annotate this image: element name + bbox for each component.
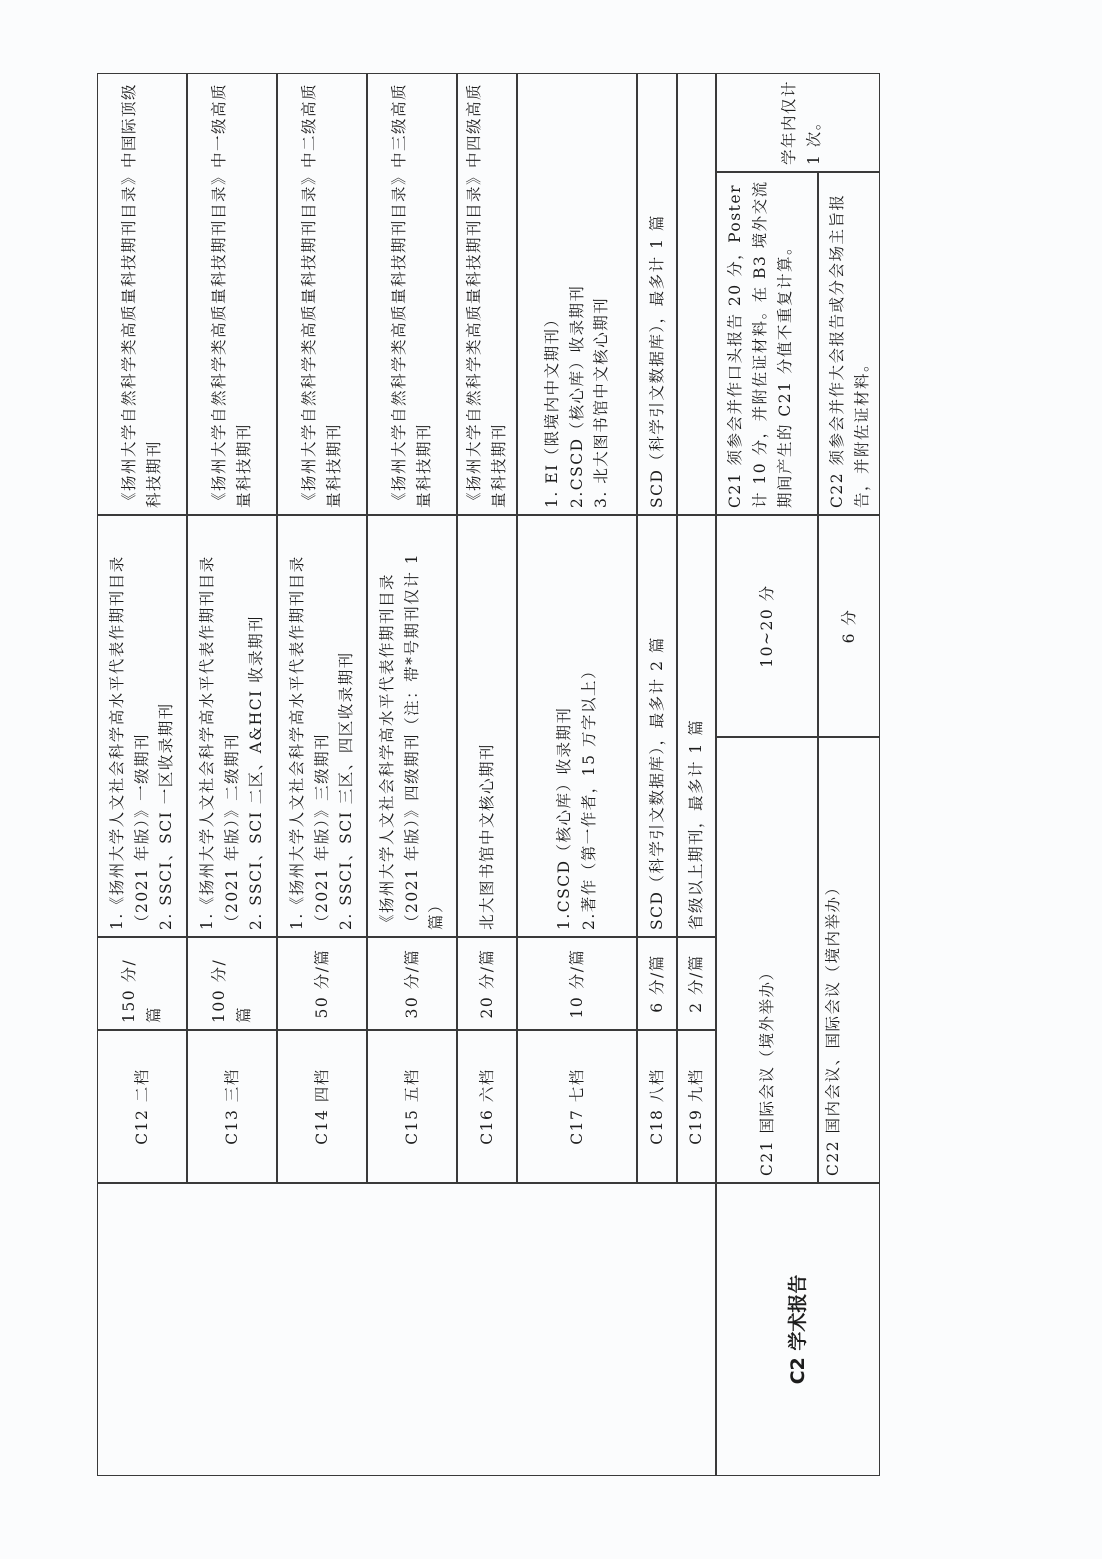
c1-row-8-science-criteria: SCD（科学引文数据库），最多计 1 篇 xyxy=(637,73,677,515)
c1-row-8-humanities-criteria: SCD（科学引文数据库），最多计 2 篇 xyxy=(637,515,677,937)
c1-row-5-points: 30 分/篇 xyxy=(367,937,457,1030)
c1-row-4-points: 50 分/篇 xyxy=(277,937,367,1030)
c1-row-6-science-criteria: 《扬州大学自然科学类高质量科技期刊目录》中四级高质量科技期刊 xyxy=(457,73,517,515)
c2-item-c22-points: 6 分 xyxy=(818,515,880,737)
rotated-table-page: C12 二档150 分/篇1.《扬州大学人文社会科学高水平代表作期刊目录（202… xyxy=(97,73,880,1476)
c1-row-5-tier: C15 五档 xyxy=(367,1030,457,1183)
c2-item-c21-description: C21 须参会并作口头报告 20 分，Poster 计 10 分，并附佐证材料。… xyxy=(716,172,818,515)
c1-row-2-science-criteria: 《扬州大学自然科学类高质量科技期刊目录》中国际顶级科技期刊 xyxy=(97,73,187,515)
c1-row-9-tier: C19 九档 xyxy=(677,1030,716,1183)
c1-row-4-tier: C14 四档 xyxy=(277,1030,367,1183)
category-cell-c2: C2 学术报告 xyxy=(716,1183,880,1476)
c1-row-6-points: 20 分/篇 xyxy=(457,937,517,1030)
c1-row-5-humanities-criteria: 《扬州大学人文社会科学高水平代表作期刊目录（2021 年版）》四级期刊（注：带*… xyxy=(367,515,457,937)
c1-row-6-humanities-criteria: 北大图书馆中文核心期刊 xyxy=(457,515,517,937)
c1-row-4-humanities-criteria: 1.《扬州大学人文社会科学高水平代表作期刊目录（2021 年版）》三级期刊 2.… xyxy=(277,515,367,937)
c1-row-9-humanities-criteria: 省级以上期刊，最多计 1 篇 xyxy=(677,515,716,937)
c1-row-6-tier: C16 六档 xyxy=(457,1030,517,1183)
c1-row-2-humanities-criteria: 1.《扬州大学人文社会科学高水平代表作期刊目录（2021 年版）》一级期刊 2.… xyxy=(97,515,187,937)
c1-row-9-points: 2 分/篇 xyxy=(677,937,716,1030)
category-cell-c1 xyxy=(97,1183,716,1476)
c1-row-3-humanities-criteria: 1.《扬州大学人文社会科学高水平代表作期刊目录（2021 年版）》二级期刊 2.… xyxy=(187,515,277,937)
c2-item-c21-points: 10~20 分 xyxy=(716,515,818,737)
c1-row-9-science-criteria xyxy=(677,73,716,515)
c2-item-c22-description: C22 须参会并作大会报告或分会场主旨报告，并附佐证材料。 xyxy=(818,172,880,515)
c1-row-8-tier: C18 八档 xyxy=(637,1030,677,1183)
c1-row-2-tier: C12 二档 xyxy=(97,1030,187,1183)
c1-row-8-points: 6 分/篇 xyxy=(637,937,677,1030)
c1-row-3-science-criteria: 《扬州大学自然科学类高质量科技期刊目录》中一级高质量科技期刊 xyxy=(187,73,277,515)
c2-item-c22-name: C22 国内会议、国际会议（境内举办） xyxy=(818,737,880,1183)
c1-row-7-science-criteria: 1. EI（限境内中文期刊） 2.CSCD（核心库）收录期刊 3. 北大图书馆中… xyxy=(517,73,637,515)
c1-row-4-science-criteria: 《扬州大学自然科学类高质量科技期刊目录》中二级高质量科技期刊 xyxy=(277,73,367,515)
c1-row-3-tier: C13 三档 xyxy=(187,1030,277,1183)
c2-note: 学年内仅计 1 次。 xyxy=(716,73,880,172)
c1-row-5-science-criteria: 《扬州大学自然科学类高质量科技期刊目录》中三级高质量科技期刊 xyxy=(367,73,457,515)
c1-row-2-points: 150 分/篇 xyxy=(97,937,187,1030)
c2-item-c21-name: C21 国际会议（境外举办） xyxy=(716,737,818,1183)
c1-row-7-tier: C17 七档 xyxy=(517,1030,637,1183)
c1-row-7-humanities-criteria: 1.CSCD（核心库）收录期刊 2.著作（第一作者，15 万字以上） xyxy=(517,515,637,937)
c1-row-7-points: 10 分/篇 xyxy=(517,937,637,1030)
c1-row-3-points: 100 分/篇 xyxy=(187,937,277,1030)
